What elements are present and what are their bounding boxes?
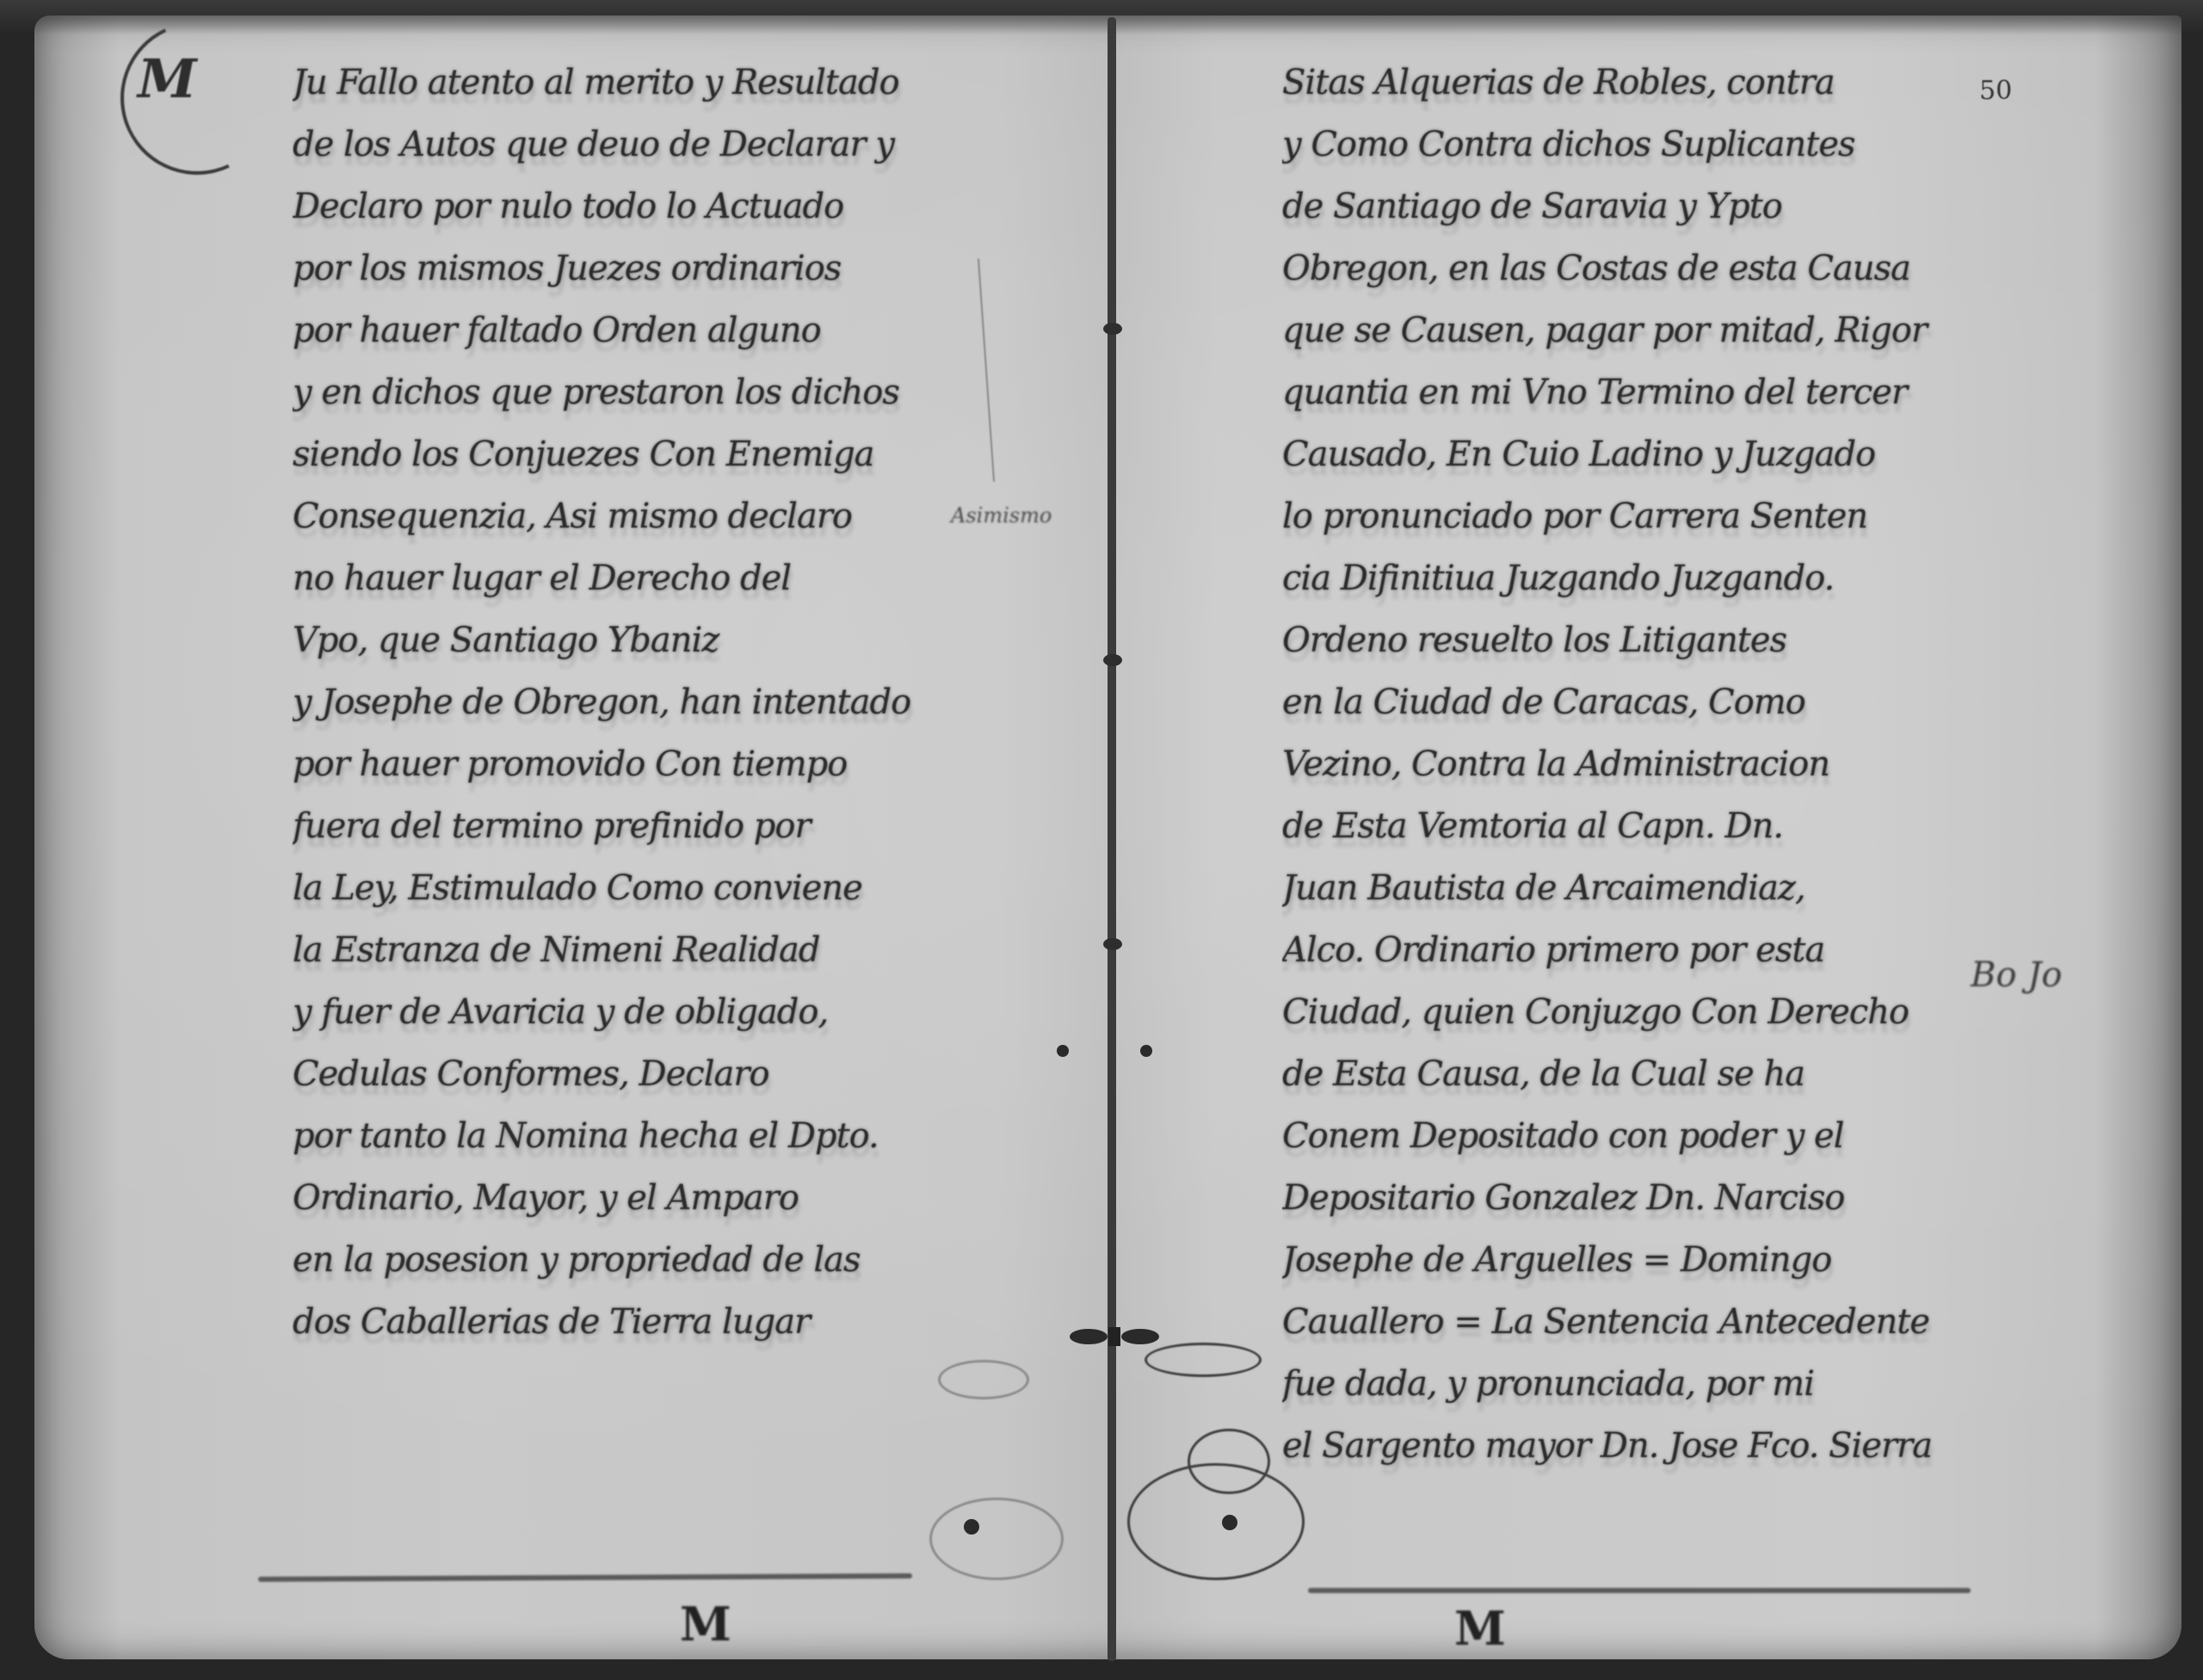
manuscript-line: Juan Bautista de Arcaimendiaz,	[1282, 857, 1953, 919]
signature-rubric-faint	[938, 1360, 1029, 1399]
manuscript-line: Vpo, que Santiago Ybaniz	[293, 609, 947, 671]
manuscript-line: y Como Contra dichos Suplicantes	[1282, 114, 1953, 176]
manuscript-line: fue dada, y pronunciada, por mi	[1282, 1353, 1953, 1415]
left-margin-note: Asimismo	[951, 503, 1052, 528]
binding-hole	[1140, 1045, 1152, 1057]
manuscript-line: y fuer de Avaricia y de obligado,	[293, 981, 947, 1043]
manuscript-line: por hauer faltado Orden alguno	[293, 300, 947, 361]
signature-rubric	[1145, 1343, 1262, 1377]
right-page-text: Sitas Alquerias de Robles, contra y Como…	[1282, 52, 1953, 1477]
manuscript-line: quantia en mi Vno Termino del tercer	[1282, 361, 1953, 423]
binding-stitch-icon	[1067, 1325, 1162, 1348]
manuscript-line: Obregon, en las Costas de esta Causa	[1282, 238, 1953, 300]
manuscript-line: por los mismos Juezes ordinarios	[293, 238, 947, 300]
manuscript-line: Depositario Gonzalez Dn. Narciso	[1282, 1167, 1953, 1229]
signature-rubric	[1127, 1463, 1305, 1580]
manuscript-line: Cauallero = La Sentencia Antecedente	[1282, 1291, 1953, 1353]
binding-knot	[1103, 938, 1122, 950]
manuscript-line: Ordinario, Mayor, y el Amparo	[293, 1167, 947, 1229]
binding-gutter-line	[1108, 17, 1116, 1661]
manuscript-line: por tanto la Nomina hecha el Dpto.	[293, 1105, 947, 1167]
closing-rule-line	[1308, 1588, 1971, 1593]
manuscript-scan: M Asimismo Ju Fallo atento al merito y R…	[0, 0, 2203, 1680]
manuscript-line: que se Causen, pagar por mitad, Rigor	[1282, 300, 1953, 361]
manuscript-line: la Ley, Estimulado Como conviene	[293, 857, 947, 919]
catchword-mark: M	[680, 1597, 731, 1652]
manuscript-line: de Esta Causa, de la Cual se ha	[1282, 1043, 1953, 1105]
manuscript-line: Declaro por nulo todo lo Actuado	[293, 176, 947, 238]
manuscript-line: Josephe de Arguelles = Domingo	[1282, 1229, 1953, 1291]
binding-knot	[1103, 654, 1122, 666]
manuscript-line: de Esta Vemtoria al Capn. Dn.	[1282, 795, 1953, 857]
manuscript-line: Vezino, Contra la Administracion	[1282, 733, 1953, 795]
catchword-mark: M	[1454, 1601, 1506, 1656]
manuscript-line: el Sargento mayor Dn. Jose Fco. Sierra	[1282, 1415, 1953, 1477]
binding-hole	[1057, 1045, 1069, 1057]
scanner-edge-shadow	[0, 0, 2203, 34]
right-margin-note: Bo Jo	[1971, 955, 2062, 995]
manuscript-line: Ordeno resuelto los Litigantes	[1282, 609, 1953, 671]
manuscript-line: y en dichos que prestaron los dichos	[293, 361, 947, 423]
manuscript-line: de los Autos que deuo de Declarar y	[293, 114, 947, 176]
left-page-text: Ju Fallo atento al merito y Resultado de…	[293, 52, 947, 1353]
manuscript-line: cia Difinitiua Juzgando Juzgando.	[1282, 547, 1953, 609]
manuscript-line: dos Caballerias de Tierra lugar	[293, 1291, 947, 1353]
manuscript-line: Ciudad, quien Conjuzgo Con Derecho	[1282, 981, 1953, 1043]
manuscript-line: fuera del termino prefinido por	[293, 795, 947, 857]
ink-dot	[1222, 1515, 1237, 1530]
binding-knot	[1103, 323, 1122, 335]
manuscript-line: Ju Fallo atento al merito y Resultado	[293, 52, 947, 114]
manuscript-line: Causado, En Cuio Ladino y Juzgado	[1282, 423, 1953, 485]
page-number: 50	[1979, 76, 2012, 106]
folio-mark: M	[138, 47, 197, 110]
signature-rubric-faint	[929, 1498, 1064, 1580]
manuscript-line: lo pronunciado por Carrera Senten	[1282, 485, 1953, 547]
manuscript-line: Cedulas Conformes, Declaro	[293, 1043, 947, 1105]
manuscript-line: en la posesion y propriedad de las	[293, 1229, 947, 1291]
manuscript-line: la Estranza de Nimeni Realidad	[293, 919, 947, 981]
manuscript-line: de Santiago de Saravia y Ypto	[1282, 176, 1953, 238]
manuscript-line: Conem Depositado con poder y el	[1282, 1105, 1953, 1167]
manuscript-line: en la Ciudad de Caracas, Como	[1282, 671, 1953, 733]
manuscript-line: por hauer promovido Con tiempo	[293, 733, 947, 795]
manuscript-line: no hauer lugar el Derecho del	[293, 547, 947, 609]
manuscript-line: siendo los Conjuezes Con Enemiga	[293, 423, 947, 485]
manuscript-line: Consequenzia, Asi mismo declaro	[293, 485, 947, 547]
ink-dot	[964, 1519, 979, 1535]
manuscript-line: Sitas Alquerias de Robles, contra	[1282, 52, 1953, 114]
manuscript-line: Alco. Ordinario primero por esta	[1282, 919, 1953, 981]
manuscript-line: y Josephe de Obregon, han intentado	[293, 671, 947, 733]
